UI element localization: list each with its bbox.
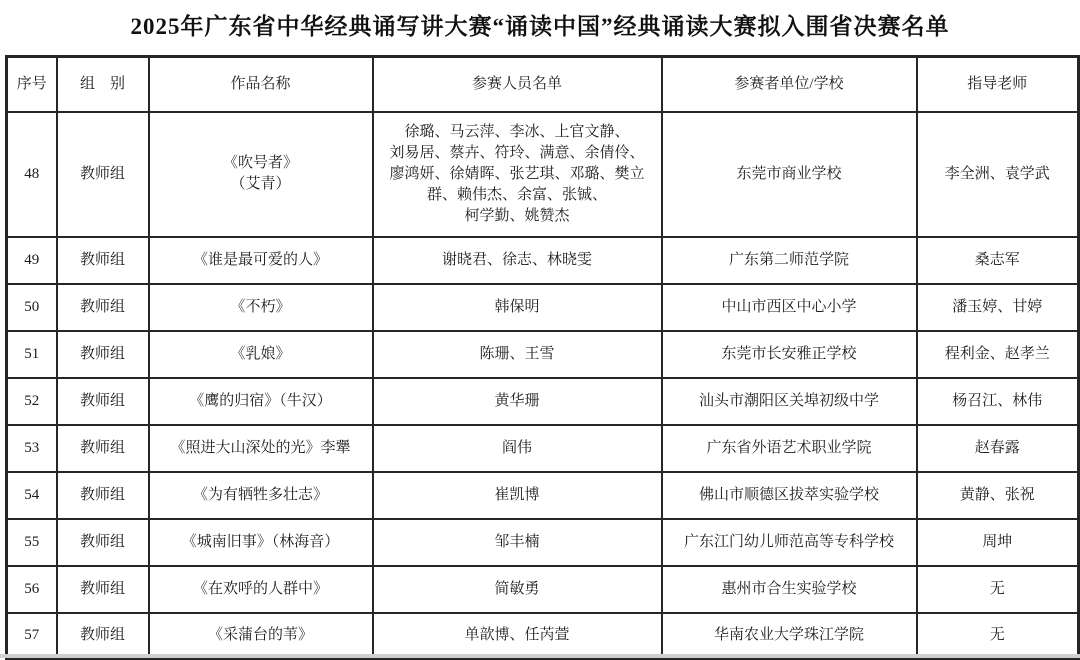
cell-participants: 邹丰楠 bbox=[373, 519, 662, 566]
cell-serial-number: 52 bbox=[7, 378, 57, 425]
cell-unit-school: 汕头市潮阳区关埠初级中学 bbox=[662, 378, 917, 425]
cell-guiding-teacher: 李全洲、袁学武 bbox=[917, 112, 1079, 237]
table-row: 56 教师组 《在欢呼的人群中》 简敏勇 惠州市合生实验学校 无 bbox=[7, 566, 1079, 613]
cell-serial-number: 54 bbox=[7, 472, 57, 519]
table-row: 48 教师组 《吹号者》 （艾青） 徐璐、马云萍、李冰、上官文静、 刘易居、蔡卉… bbox=[7, 112, 1079, 237]
cell-guiding-teacher: 无 bbox=[917, 566, 1079, 613]
cell-unit-school: 中山市西区中心小学 bbox=[662, 284, 917, 331]
header-group: 组 别 bbox=[57, 57, 149, 112]
table-body: 48 教师组 《吹号者》 （艾青） 徐璐、马云萍、李冰、上官文静、 刘易居、蔡卉… bbox=[7, 112, 1079, 660]
cell-participants: 黄华珊 bbox=[373, 378, 662, 425]
cell-work-title: 《吹号者》 （艾青） bbox=[149, 112, 373, 237]
cell-unit-school: 华南农业大学珠江学院 bbox=[662, 613, 917, 660]
header-guiding-teacher: 指导老师 bbox=[917, 57, 1079, 112]
bottom-shade-divider bbox=[0, 654, 1080, 658]
cell-group: 教师组 bbox=[57, 331, 149, 378]
cell-guiding-teacher: 无 bbox=[917, 613, 1079, 660]
cell-work-title: 《鹰的归宿》（牛汉） bbox=[149, 378, 373, 425]
cell-participants: 韩保明 bbox=[373, 284, 662, 331]
cell-work-title: 《为有牺牲多壮志》 bbox=[149, 472, 373, 519]
cell-guiding-teacher: 杨召江、林伟 bbox=[917, 378, 1079, 425]
table-row: 50 教师组 《不朽》 韩保明 中山市西区中心小学 潘玉婷、甘婷 bbox=[7, 284, 1079, 331]
cell-serial-number: 56 bbox=[7, 566, 57, 613]
cell-guiding-teacher: 赵春露 bbox=[917, 425, 1079, 472]
header-work-title: 作品名称 bbox=[149, 57, 373, 112]
table-row: 57 教师组 《采蒲台的苇》 单歆博、任芮萱 华南农业大学珠江学院 无 bbox=[7, 613, 1079, 660]
cell-guiding-teacher: 程利金、赵孝兰 bbox=[917, 331, 1079, 378]
cell-serial-number: 49 bbox=[7, 237, 57, 284]
cell-serial-number: 55 bbox=[7, 519, 57, 566]
cell-group: 教师组 bbox=[57, 613, 149, 660]
cell-serial-number: 53 bbox=[7, 425, 57, 472]
cell-serial-number: 50 bbox=[7, 284, 57, 331]
table-row: 54 教师组 《为有牺牲多壮志》 崔凯博 佛山市顺德区拔萃实验学校 黄静、张祝 bbox=[7, 472, 1079, 519]
table-row: 49 教师组 《谁是最可爱的人》 谢晓君、徐志、林晓雯 广东第二师范学院 桑志军 bbox=[7, 237, 1079, 284]
cell-participants: 谢晓君、徐志、林晓雯 bbox=[373, 237, 662, 284]
cell-unit-school: 东莞市商业学校 bbox=[662, 112, 917, 237]
cell-group: 教师组 bbox=[57, 378, 149, 425]
cell-work-title: 《谁是最可爱的人》 bbox=[149, 237, 373, 284]
cell-group: 教师组 bbox=[57, 566, 149, 613]
cell-unit-school: 惠州市合生实验学校 bbox=[662, 566, 917, 613]
cell-guiding-teacher: 黄静、张祝 bbox=[917, 472, 1079, 519]
cell-participants: 陈珊、王雪 bbox=[373, 331, 662, 378]
cell-guiding-teacher: 周坤 bbox=[917, 519, 1079, 566]
cell-group: 教师组 bbox=[57, 237, 149, 284]
cell-group: 教师组 bbox=[57, 112, 149, 237]
cell-guiding-teacher: 潘玉婷、甘婷 bbox=[917, 284, 1079, 331]
cell-group: 教师组 bbox=[57, 472, 149, 519]
cell-serial-number: 57 bbox=[7, 613, 57, 660]
cell-guiding-teacher: 桑志军 bbox=[917, 237, 1079, 284]
header-unit-school: 参赛者单位/学校 bbox=[662, 57, 917, 112]
cell-unit-school: 广东第二师范学院 bbox=[662, 237, 917, 284]
table-row: 52 教师组 《鹰的归宿》（牛汉） 黄华珊 汕头市潮阳区关埠初级中学 杨召江、林… bbox=[7, 378, 1079, 425]
cell-work-title: 《采蒲台的苇》 bbox=[149, 613, 373, 660]
table-row: 53 教师组 《照进大山深处的光》李犟 阎伟 广东省外语艺术职业学院 赵春露 bbox=[7, 425, 1079, 472]
cell-serial-number: 51 bbox=[7, 331, 57, 378]
cell-participants: 简敏勇 bbox=[373, 566, 662, 613]
page-title: 2025年广东省中华经典诵写讲大赛“诵读中国”经典诵读大赛拟入围省决赛名单 bbox=[0, 8, 1080, 41]
cell-work-title: 《乳娘》 bbox=[149, 331, 373, 378]
cell-work-title: 《照进大山深处的光》李犟 bbox=[149, 425, 373, 472]
cell-unit-school: 东莞市长安雅正学校 bbox=[662, 331, 917, 378]
cell-unit-school: 佛山市顺德区拔萃实验学校 bbox=[662, 472, 917, 519]
header-serial-number: 序号 bbox=[7, 57, 57, 112]
cell-participants: 徐璐、马云萍、李冰、上官文静、 刘易居、蔡卉、符玲、满意、余倩伶、 廖鸿妍、徐婧… bbox=[373, 112, 662, 237]
cell-serial-number: 48 bbox=[7, 112, 57, 237]
cell-work-title: 《城南旧事》（林海音） bbox=[149, 519, 373, 566]
cell-participants: 崔凯博 bbox=[373, 472, 662, 519]
document-page: 2025年广东省中华经典诵写讲大赛“诵读中国”经典诵读大赛拟入围省决赛名单 序号… bbox=[0, 0, 1080, 660]
cell-unit-school: 广东省外语艺术职业学院 bbox=[662, 425, 917, 472]
cell-work-title: 《在欢呼的人群中》 bbox=[149, 566, 373, 613]
cell-group: 教师组 bbox=[57, 425, 149, 472]
cell-group: 教师组 bbox=[57, 519, 149, 566]
header-participants: 参赛人员名单 bbox=[373, 57, 662, 112]
table-row: 55 教师组 《城南旧事》（林海音） 邹丰楠 广东江门幼儿师范高等专科学校 周坤 bbox=[7, 519, 1079, 566]
cell-participants: 单歆博、任芮萱 bbox=[373, 613, 662, 660]
table-header-row: 序号 组 别 作品名称 参赛人员名单 参赛者单位/学校 指导老师 bbox=[7, 57, 1079, 112]
table-row: 51 教师组 《乳娘》 陈珊、王雪 东莞市长安雅正学校 程利金、赵孝兰 bbox=[7, 331, 1079, 378]
finalist-table: 序号 组 别 作品名称 参赛人员名单 参赛者单位/学校 指导老师 48 教师组 … bbox=[5, 55, 1080, 660]
cell-unit-school: 广东江门幼儿师范高等专科学校 bbox=[662, 519, 917, 566]
cell-group: 教师组 bbox=[57, 284, 149, 331]
cell-participants: 阎伟 bbox=[373, 425, 662, 472]
cell-work-title: 《不朽》 bbox=[149, 284, 373, 331]
